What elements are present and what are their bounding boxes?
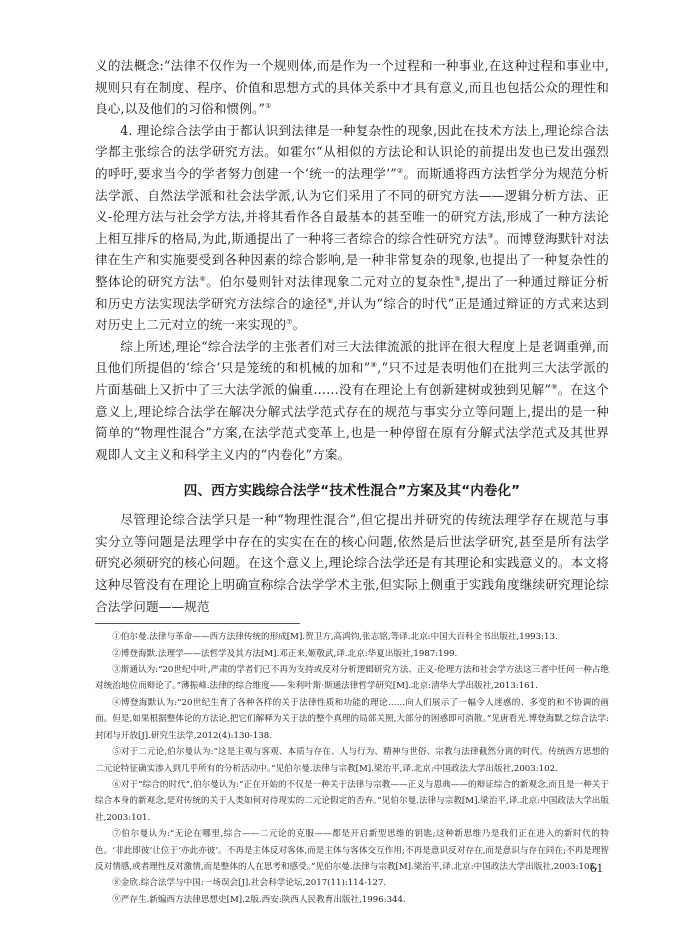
footnote-5: ⑤对于二元论,伯尔曼认为:“这是主观与客观、本质与存在、人与行为、精神与世俗、宗… (95, 744, 609, 777)
page-content: 义的法概念:“法律不仅作为一个规则体,而是作为一个过程和一种事业,在这种过程和事… (95, 55, 609, 908)
paragraph-text: 。 (293, 317, 306, 332)
paragraph-4-methods: 4. 理论综合法学由于都认识到法律是一种复杂性的现象,因此在技术方法上,理论综合… (95, 120, 609, 336)
footnote-9: ⑨严存生.新编西方法律思想史[M].2版.西安:陕西人民教育出版社,1996:3… (95, 892, 609, 908)
footnote-6: ⑥对于“综合的时代”,伯尔曼认为:“正在开始的不仅是一种关于法律与宗教——正义与… (95, 777, 609, 826)
footnote-7: ⑦伯尔曼认为:“无论在哪里,综合——二元论的克服——都是开启新型思维的钥匙;这种… (95, 826, 609, 875)
paragraph-summary: 综上所述,理论“综合法学的主张者们对三大法律流派的批评在很大程度上是老调重弹,而… (95, 336, 609, 466)
body-text: 义的法概念:“法律不仅作为一个规则体,而是作为一个过程和一种事业,在这种过程和事… (95, 55, 609, 617)
footnote-3: ③斯通认为:“20世纪中叶,严肃的学者们已不再为支持或反对分析逻辑研究方法、正义… (95, 662, 609, 695)
footnote-2: ②博登海默.法理学——法哲学及其方法[M].邓正来,姬敬武,译.北京:华夏出版社… (95, 646, 609, 662)
footnotes: ①伯尔曼.法律与革命——西方法律传统的形成[M].贺卫方,高鸿钧,张志铭,等译.… (95, 629, 609, 908)
page-number: 61 (590, 860, 603, 876)
section-heading: 四、西方实践综合法学“技术性混合”方案及其“内卷化” (95, 481, 609, 501)
paragraph-text: 。伯尔曼则针对法律现象二元对立的复杂性 (206, 274, 454, 289)
footnote-4: ④博登海默认为:“20世纪生育了各种各样的关于法律性质和功能的理论……向人们展示… (95, 695, 609, 744)
footnote-ref[interactable]: ① (265, 102, 271, 110)
footnote-ref[interactable]: ⑨ (551, 383, 558, 391)
paragraph-section-4: 尽管理论综合法学只是一种“物理性混合”,但它提出并研究的传统法理学存在规范与事实… (95, 509, 609, 617)
paragraph-continuation: 义的法概念:“法律不仅作为一个规则体,而是作为一个过程和一种事业,在这种过程和事… (95, 55, 609, 120)
paragraph-text: 义的法概念:“法律不仅作为一个规则体,而是作为一个过程和一种事业,在这种过程和事… (95, 58, 609, 116)
footnote-1: ①伯尔曼.法律与革命——西方法律传统的形成[M].贺卫方,高鸿钧,张志铭,等译.… (95, 629, 609, 645)
footnote-ref[interactable]: ② (397, 167, 404, 175)
footnote-ref[interactable]: ⑥ (327, 296, 334, 304)
footnote-8: ⑧金欣.综合法学与中国:一场误会[J].社会科学论坛,2017(11):114-… (95, 875, 609, 891)
footnote-divider (95, 623, 300, 624)
